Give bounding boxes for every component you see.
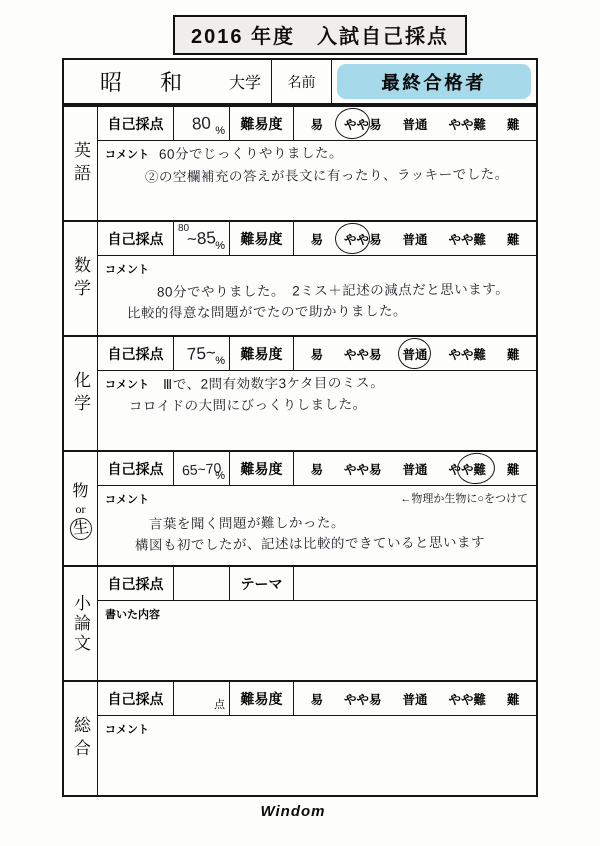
subject-block-science: 物 or 生 自己採点 65~70 % 難易度 易 やや易 普通 やや難	[64, 450, 536, 565]
self-score-label: 自己採点	[98, 682, 174, 715]
subject-content: 自己採点 75~ % 難易度 易 やや易 普通 やや難 難 コメント	[98, 337, 536, 450]
name-value-cell: 最終合格者	[331, 60, 536, 103]
difficulty-option: やや難	[448, 345, 486, 363]
score-row: 自己採点 80 % 難易度 易 やや易 普通 やや難 難	[98, 107, 536, 141]
subject-block-english: 英語 自己採点 80 % 難易度 易 やや易 普通 やや難 難	[64, 105, 536, 220]
comment-label: コメント	[105, 721, 149, 737]
self-score-label: 自己採点	[98, 337, 174, 370]
self-scoring-table: 昭 和 大学 名前 最終合格者 英語 自己採点 80 % 難易度	[62, 58, 538, 797]
difficulty-option: 易	[310, 460, 323, 478]
comment-handwritten-line1: 60分でじっくりやりました。	[159, 143, 343, 166]
comment-area: コメント ←物理か生物に○をつけて 言葉を聞く問題が難しかった。 構図も初でした…	[98, 486, 536, 565]
subject-label-cell: 小論文	[64, 567, 98, 680]
difficulty-option: 易	[310, 230, 323, 248]
comment-handwritten-line2: コロイドの大問にびっくりしました。	[129, 393, 529, 417]
name-label-cell: 名前	[271, 60, 331, 103]
subject-label-physics: 物	[72, 478, 88, 501]
score-row: 自己採点 80 ~85 % 難易度 易 やや易 普通 やや難 難	[98, 222, 536, 256]
subject-content: 自己採点 80 % 難易度 易 やや易 普通 やや難 難 コメント	[98, 107, 536, 220]
physics-bio-note: ←物理か生物に○をつけて	[400, 490, 528, 506]
difficulty-options: 易 やや易 普通 やや難 難	[294, 107, 536, 140]
percent-unit: %	[215, 355, 225, 367]
difficulty-option: やや難	[448, 690, 486, 708]
subject-content: 自己採点 80 ~85 % 難易度 易 やや易 普通 やや難 難	[98, 222, 536, 335]
subject-label-cell: 数学	[64, 222, 98, 335]
windom-logo: Windom	[0, 803, 586, 820]
subject-content: 自己採点 テーマ 書いた内容	[98, 567, 536, 680]
subject-block-math: 数学 自己採点 80 ~85 % 難易度 易 やや易 普通 やや難	[64, 220, 536, 335]
subject-label-biology: 生	[72, 519, 90, 538]
comment-handwritten-line2: 構図も初でしたが、記述は比較的できていると思います	[135, 532, 529, 556]
difficulty-label: 難易度	[230, 682, 294, 715]
difficulty-label: 難易度	[230, 222, 294, 255]
comment-area: コメント	[98, 716, 536, 795]
difficulty-option: 難	[507, 230, 520, 248]
university-name-handwritten: 昭 和	[100, 66, 198, 97]
comment-label: コメント	[105, 261, 149, 277]
score-handwritten: ~85	[186, 228, 216, 250]
self-score-value-cell: 80 ~85 %	[174, 222, 230, 255]
difficulty-option: やや易	[344, 345, 382, 363]
final-pass-badge: 最終合格者	[337, 64, 531, 99]
percent-unit: %	[215, 240, 225, 252]
subject-label: 小論文	[68, 594, 93, 654]
scanned-form-page: 2016 年度 入試自己採点 昭 和 大学 名前 最終合格者 英語 自己採点 8	[0, 0, 600, 846]
difficulty-option: 易	[310, 690, 323, 708]
self-score-label: 自己採点	[98, 222, 174, 255]
score-row: 自己採点 65~70 % 難易度 易 やや易 普通 やや難 難	[98, 452, 536, 486]
difficulty-options: 易 やや易 普通 やや難 難	[294, 452, 536, 485]
difficulty-label: 難易度	[230, 452, 294, 485]
difficulty-option: 普通	[402, 230, 427, 248]
comment-area: コメント 80分でやりました。 2ミス＋記述の減点だと思います。 比較的得意な問…	[98, 256, 536, 335]
comment-handwritten-line2: ②の空欄補充の答えが長文に有ったり、ラッキーでした。	[145, 164, 529, 188]
difficulty-option: やや易	[344, 460, 382, 478]
comment-label: コメント	[105, 376, 149, 392]
difficulty-options: 易 やや易 普通 やや難 難	[294, 682, 536, 715]
university-suffix-label: 大学	[229, 70, 271, 93]
subject-content: 自己採点 65~70 % 難易度 易 やや易 普通 やや難 難 コメ	[98, 452, 536, 565]
score-row: 自己採点 テーマ	[98, 567, 536, 601]
theme-value-cell	[294, 567, 536, 600]
difficulty-options: 易 やや易 普通 やや難 難	[294, 337, 536, 370]
difficulty-option: やや難	[448, 230, 486, 248]
written-content-label: 書いた内容	[105, 606, 160, 622]
difficulty-label: 難易度	[230, 107, 294, 140]
subject-label-or: or	[76, 502, 86, 517]
difficulty-option: 難	[507, 115, 520, 133]
score-row: 自己採点 75~ % 難易度 易 やや易 普通 やや難 難	[98, 337, 536, 371]
self-score-value-cell: 点	[174, 682, 230, 715]
self-score-value-cell: 75~ %	[174, 337, 230, 370]
subject-block-chemistry: 化学 自己採点 75~ % 難易度 易 やや易 普通 やや難 難	[64, 335, 536, 450]
subject-label: 総合	[68, 716, 93, 762]
difficulty-option: 易	[310, 345, 323, 363]
subject-block-essay: 小論文 自己採点 テーマ 書いた内容	[64, 565, 536, 680]
comment-handwritten-line1: Ⅲで、2問有効数字3ケタ目のミス。	[163, 373, 384, 396]
difficulty-option: 普通	[402, 460, 427, 478]
difficulty-option: やや難	[448, 460, 486, 478]
difficulty-option: 難	[507, 345, 520, 363]
comment-label: コメント	[105, 146, 149, 162]
self-score-value-cell: 65~70 %	[174, 452, 230, 485]
difficulty-option: 普通	[402, 345, 427, 363]
difficulty-option: やや易	[344, 230, 382, 248]
score-handwritten: 75~	[186, 343, 216, 365]
self-score-label: 自己採点	[98, 107, 174, 140]
difficulty-option: 易	[310, 115, 323, 133]
subject-label-cell: 物 or 生	[64, 452, 98, 565]
difficulty-option: やや易	[344, 690, 382, 708]
self-score-label: 自己採点	[98, 567, 174, 600]
written-content-handwritten	[105, 620, 529, 624]
subject-label-cell: 英語	[64, 107, 98, 220]
difficulty-options: 易 やや易 普通 やや難 難	[294, 222, 536, 255]
difficulty-option: 難	[507, 460, 520, 478]
self-score-label: 自己採点	[98, 452, 174, 485]
difficulty-option: 普通	[402, 690, 427, 708]
theme-label: テーマ	[230, 567, 294, 600]
difficulty-option: 普通	[402, 115, 427, 133]
self-score-value-cell: 80 %	[174, 107, 230, 140]
subject-block-overall: 総合 自己採点 点 難易度 易 やや易 普通 やや難 難	[64, 680, 536, 795]
comment-handwritten-line2: 比較的得意な問題がでたので助かりました。	[127, 300, 529, 324]
subject-content: 自己採点 点 難易度 易 やや易 普通 やや難 難 コメント	[98, 682, 536, 795]
percent-unit: %	[215, 470, 225, 482]
subject-label-cell: 総合	[64, 682, 98, 795]
difficulty-option: やや易	[344, 115, 382, 133]
subject-label-cell: 化学	[64, 337, 98, 450]
subject-label: 英語	[68, 141, 93, 187]
comment-area: コメント Ⅲで、2問有効数字3ケタ目のミス。 コロイドの大問にびっくりしました。	[98, 371, 536, 450]
university-cell: 昭 和 大学	[64, 60, 271, 103]
score-handwritten: 80	[191, 113, 211, 134]
point-unit: 点	[214, 696, 225, 712]
header-row: 昭 和 大学 名前 最終合格者	[64, 60, 536, 105]
subject-label: 化学	[68, 371, 93, 417]
score-row: 自己採点 点 難易度 易 やや易 普通 やや難 難	[98, 682, 536, 716]
difficulty-option: やや難	[448, 115, 486, 133]
comment-label: コメント	[105, 491, 149, 507]
difficulty-label: 難易度	[230, 337, 294, 370]
written-content-area: 書いた内容	[98, 601, 536, 680]
percent-unit: %	[215, 125, 225, 137]
page-title: 2016 年度 入試自己採点	[173, 15, 467, 55]
difficulty-option: 難	[507, 690, 520, 708]
self-score-value-cell	[174, 567, 230, 600]
comment-handwritten	[105, 735, 529, 739]
comment-area: コメント 60分でじっくりやりました。 ②の空欄補充の答えが長文に有ったり、ラッ…	[98, 141, 536, 220]
subject-label: 数学	[68, 256, 93, 302]
biology-circled-mark: 生	[68, 516, 92, 540]
